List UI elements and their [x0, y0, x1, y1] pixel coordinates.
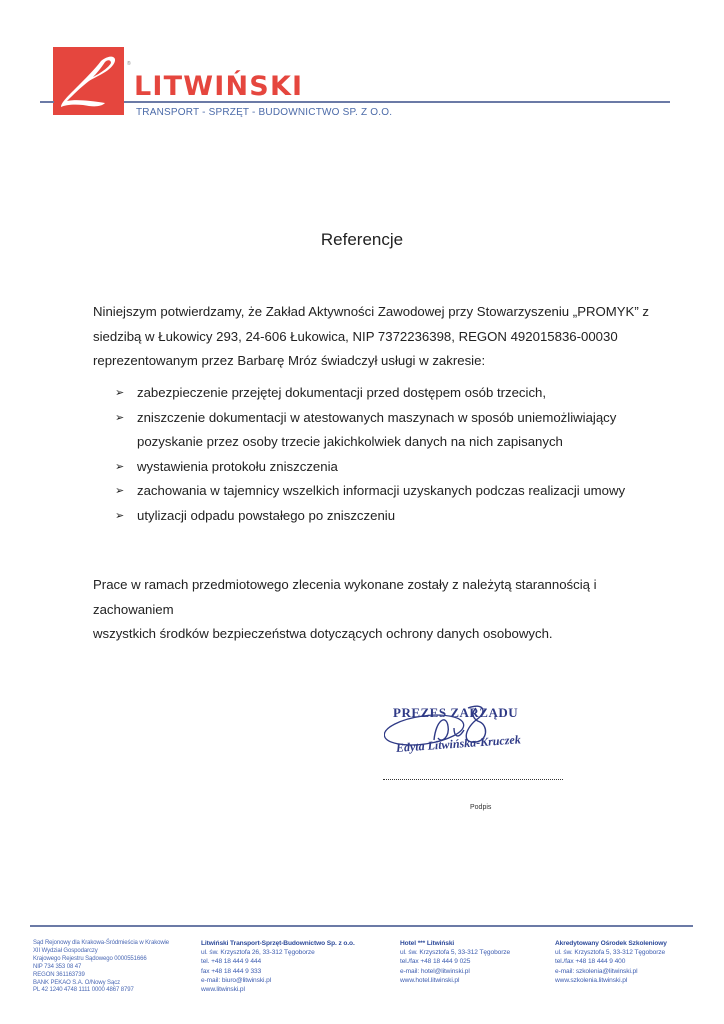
footer-company: Litwiński Transport-Sprzęt-Budownictwo S… [201, 939, 355, 994]
arrowhead-bullet-icon: ➢ [115, 504, 131, 529]
footer-line: PL 42 1240 4748 1111 0000 4867 8797 [33, 987, 169, 995]
intro-line: Niniejszym potwierdzamy, że Zakład Aktyw… [93, 300, 653, 325]
arrowhead-bullet-icon: ➢ [115, 381, 131, 406]
footer-hotel: Hotel *** Litwiński ul. św. Krzysztofa 5… [400, 939, 510, 985]
arrowhead-bullet-icon: ➢ [115, 479, 131, 504]
list-item: ➢ zniszczenie dokumentacji w atestowanyc… [115, 406, 657, 455]
footer-email-link[interactable]: e-mail: szkolenia@litwinski.pl [555, 967, 667, 976]
closing-line: Prace w ramach przedmiotowego zlecenia w… [93, 573, 653, 622]
footer-line: ul. św. Krzysztofa 5, 33-312 Tęgoborze [555, 948, 667, 957]
footer-registration: Sąd Rejonowy dla Krakowa-Śródmieścia w K… [33, 940, 169, 995]
footer-divider [30, 925, 693, 927]
footer-heading: Litwiński Transport-Sprzęt-Budownictwo S… [201, 939, 355, 948]
footer-heading: Akredytowany Ośrodek Szkoleniowy [555, 939, 667, 948]
intro-line: siedzibą w Łukowicy 293, 24-606 Łukowica… [93, 325, 653, 350]
footer-line: Sąd Rejonowy dla Krakowa-Śródmieścia w K… [33, 940, 169, 948]
list-item-text: utylizacji odpadu powstałego po zniszcze… [137, 508, 395, 523]
document-title: Referencje [0, 230, 724, 250]
header-divider-left [40, 101, 54, 103]
list-item-text: zachowania w tajemnicy wszelkich informa… [137, 483, 625, 498]
header-divider [124, 101, 670, 103]
footer-line: XII Wydział Gospodarczy [33, 948, 169, 956]
arrowhead-bullet-icon: ➢ [115, 455, 131, 480]
footer-line: tel./fax +48 18 444 9 025 [400, 957, 510, 966]
footer-email-link[interactable]: e-mail: hotel@litwinski.pl [400, 967, 510, 976]
footer-website-link[interactable]: www.litwinski.pl [201, 985, 355, 994]
closing-paragraph: Prace w ramach przedmiotowego zlecenia w… [93, 573, 653, 647]
footer-line: ul. św. Krzysztofa 5, 33-312 Tęgoborze [400, 948, 510, 957]
footer-line: ul. św. Krzysztofa 26, 33-312 Tęgoborze [201, 948, 355, 957]
intro-line: reprezentowanym przez Barbarę Mróz świad… [93, 349, 653, 374]
list-item: ➢ zabezpieczenie przejętej dokumentacji … [115, 381, 675, 406]
footer-line: Krajowego Rejestru Sądowego 0000551666 [33, 956, 169, 964]
footer-email-link[interactable]: e-mail: biuro@litwinski.pl [201, 976, 355, 985]
closing-line: wszystkich środków bezpieczeństwa dotycz… [93, 622, 653, 647]
footer-line: BANK PEKAO S.A. O/Nowy Sącz [33, 980, 169, 988]
footer-line: REGON 361163739 [33, 972, 169, 980]
footer-website-link[interactable]: www.szkolenia.litwinski.pl [555, 976, 667, 985]
footer-line: tel./fax +48 18 444 9 400 [555, 957, 667, 966]
brand-subtitle: TRANSPORT - SPRZĘT - BUDOWNICTWO SP. Z O… [136, 107, 392, 118]
list-item: ➢ zachowania w tajemnicy wszelkich infor… [115, 479, 675, 504]
intro-paragraph: Niniejszym potwierdzamy, że Zakład Aktyw… [93, 300, 653, 374]
services-list: ➢ zabezpieczenie przejętej dokumentacji … [115, 381, 675, 528]
script-l-logo-icon [53, 47, 124, 115]
registered-mark: ® [127, 61, 131, 67]
list-item: ➢ wystawienia protokołu zniszczenia [115, 455, 675, 480]
footer-heading: Hotel *** Litwiński [400, 939, 510, 948]
list-item-text: zabezpieczenie przejętej dokumentacji pr… [137, 385, 546, 400]
brand-name: LITWIŃSKI [134, 73, 303, 101]
list-item: ➢ utylizacji odpadu powstałego po zniszc… [115, 504, 675, 529]
signature-label: Podpis [470, 804, 491, 811]
footer-line: tel. +48 18 444 9 444 [201, 957, 355, 966]
list-item-text: zniszczenie dokumentacji w atestowanych … [137, 410, 616, 450]
company-logo [53, 47, 124, 115]
footer-website-link[interactable]: www.hotel.litwinski.pl [400, 976, 510, 985]
stamp-title: PREZES ZARZĄDU [393, 705, 518, 721]
footer-training-center: Akredytowany Ośrodek Szkoleniowy ul. św.… [555, 939, 667, 985]
footer-line: fax +48 18 444 9 333 [201, 967, 355, 976]
list-item-text: wystawienia protokołu zniszczenia [137, 459, 338, 474]
arrowhead-bullet-icon: ➢ [115, 406, 131, 431]
footer-line: NIP 734 353 08 47 [33, 964, 169, 972]
signature-line [383, 779, 563, 780]
